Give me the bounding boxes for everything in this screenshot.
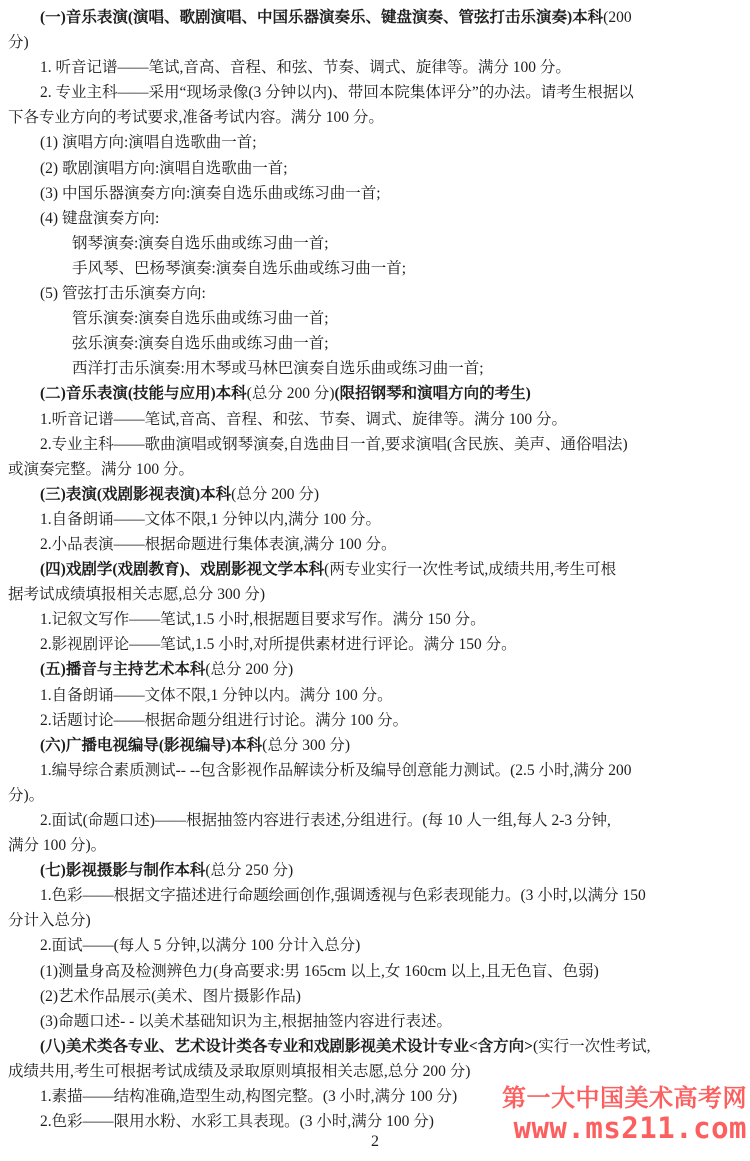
text-line: 2.专业主科——歌曲演唱或钢琴演奏,自选曲目一首,要求演唱(含民族、美声、通俗唱… — [0, 432, 750, 457]
text-line: 1.编导综合素质测试-- --包含影视作品解读分析及编导创意能力测试。(2.5 … — [0, 758, 750, 783]
text-line: 2.影视剧评论——笔试,1.5 小时,对所提供素材进行评论。满分 150 分。 — [0, 632, 750, 657]
heading-text: (六)广播电视编导(影视编导)本科 — [40, 737, 262, 754]
body-text: 1.自备朗诵——文体不限,1 分钟以内。满分 100 分。 — [40, 687, 393, 704]
body-text: (实行一次性考试, — [533, 1038, 651, 1055]
text-line: 分)。 — [0, 783, 750, 808]
body-text: 1.记叙文写作——笔试,1.5 小时,根据题目要求写作。满分 150 分。 — [40, 611, 486, 628]
text-line: 2. 专业主科——采用“现场录像(3 分钟以内)、带回本院集体评分”的办法。请考… — [0, 80, 750, 105]
text-line: 下各专业方向的考试要求,准备考试内容。满分 100 分。 — [0, 105, 750, 130]
body-text: 1.素描——结构准确,造型生动,构图完整。(3 小时,满分 100 分) — [40, 1088, 457, 1105]
text-line: 西洋打击乐演奏:用木琴或马林巴演奏自选乐曲或练习曲一首; — [0, 356, 750, 381]
body-text: 满分 100 分)。 — [8, 837, 106, 854]
heading-text: (三)表演(戏剧影视表演)本科 — [40, 486, 231, 503]
text-line: 1.色彩——根据文字描述进行命题绘画创作,强调透视与色彩表现能力。(3 小时,以… — [0, 883, 750, 908]
section-heading-line: (三)表演(戏剧影视表演)本科(总分 200 分) — [0, 482, 750, 507]
body-text: 2.影视剧评论——笔试,1.5 小时,对所提供素材进行评论。满分 150 分。 — [40, 636, 517, 653]
section-heading-line: (七)影视摄影与制作本科(总分 250 分) — [0, 858, 750, 883]
heading-text: (四)戏剧学(戏剧教育)、戏剧影视文学本科 — [40, 561, 324, 578]
body-text: (3) 中国乐器演奏方向:演奏自选乐曲或练习曲一首; — [40, 185, 381, 202]
body-text: (总分 200 分) — [247, 385, 335, 402]
text-line: (3)命题口述- - 以美术基础知识为主,根据抽签内容进行表述。 — [0, 1009, 750, 1034]
body-text: (总分 250 分) — [205, 862, 293, 879]
body-text: 西洋打击乐演奏:用木琴或马林巴演奏自选乐曲或练习曲一首; — [72, 360, 484, 377]
body-text: 手风琴、巴杨琴演奏:演奏自选乐曲或练习曲一首; — [72, 260, 406, 277]
body-text: 或演奏完整。满分 100 分。 — [8, 461, 194, 478]
body-text: 2.色彩——限用水粉、水彩工具表现。(3 小时,满分 100 分) — [40, 1113, 434, 1130]
body-text: 2.小品表演——根据命题进行集体表演,满分 100 分。 — [40, 536, 397, 553]
body-text: (总分 200 分) — [205, 661, 293, 678]
text-line: 1.自备朗诵——文体不限,1 分钟以内。满分 100 分。 — [0, 683, 750, 708]
body-text: (1)测量身高及检测辨色力(身高要求:男 165cm 以上,女 160cm 以上… — [40, 963, 599, 980]
text-line: 1. 听音记谱——笔试,音高、音程、和弦、节奏、调式、旋律等。满分 100 分。 — [0, 55, 750, 80]
section-heading-line: (四)戏剧学(戏剧教育)、戏剧影视文学本科(两专业实行一次性考试,成绩共用,考生… — [0, 557, 750, 582]
text-line: 成绩共用,考生可根据考试成绩及录取原则填报相关志愿,总分 200 分) — [0, 1059, 750, 1084]
watermark-site-name: 第一大中国美术高考网 — [502, 1086, 747, 1111]
text-line: 分计入总分) — [0, 908, 750, 933]
section-heading-line: (二)音乐表演(技能与应用)本科(总分 200 分)(限招钢琴和演唱方向的考生) — [0, 381, 750, 406]
body-text: 2.专业主科——歌曲演唱或钢琴演奏,自选曲目一首,要求演唱(含民族、美声、通俗唱… — [40, 436, 628, 453]
heading-text: (七)影视摄影与制作本科 — [40, 862, 205, 879]
text-line: (2)艺术作品展示(美术、图片摄影作品) — [0, 984, 750, 1009]
body-text: (5) 管弦打击乐演奏方向: — [40, 285, 206, 302]
text-line: 2.话题讨论——根据命题分组进行讨论。满分 100 分。 — [0, 708, 750, 733]
text-line: 满分 100 分)。 — [0, 833, 750, 858]
section-heading-line: (八)美术类各专业、艺术设计类各专业和戏剧影视美术设计专业<含方向>(实行一次性… — [0, 1034, 750, 1059]
watermark-site-url: www.ms211.com — [502, 1113, 747, 1143]
body-text: 成绩共用,考生可根据考试成绩及录取原则填报相关志愿,总分 200 分) — [8, 1063, 470, 1080]
body-text: 分计入总分) — [8, 912, 91, 929]
text-line: 或演奏完整。满分 100 分。 — [0, 457, 750, 482]
body-text: 2.面试(命题口述)——根据抽签内容进行表述,分组进行。(每 10 人一组,每人… — [40, 812, 611, 829]
heading-text: (限招钢琴和演唱方向的考生) — [334, 385, 530, 402]
heading-text: (二)音乐表演(技能与应用)本科 — [40, 385, 247, 402]
heading-text: (八)美术类各专业、艺术设计类各专业和戏剧影视美术设计专业<含方向> — [40, 1038, 533, 1055]
body-text: 弦乐演奏:演奏自选乐曲或练习曲一首; — [72, 335, 329, 352]
body-text: 2.面试——(每人 5 分钟,以满分 100 分计入总分) — [40, 937, 360, 954]
body-text: (4) 键盘演奏方向: — [40, 210, 159, 227]
text-line: 2.面试——(每人 5 分钟,以满分 100 分计入总分) — [0, 933, 750, 958]
body-text: (总分 300 分) — [262, 737, 350, 754]
body-text: (1) 演唱方向:演唱自选歌曲一首; — [40, 134, 257, 151]
text-line: 手风琴、巴杨琴演奏:演奏自选乐曲或练习曲一首; — [0, 256, 750, 281]
text-line: 管乐演奏:演奏自选乐曲或练习曲一首; — [0, 306, 750, 331]
text-line: 1.记叙文写作——笔试,1.5 小时,根据题目要求写作。满分 150 分。 — [0, 607, 750, 632]
body-text: 1.编导综合素质测试-- --包含影视作品解读分析及编导创意能力测试。(2.5 … — [40, 762, 632, 779]
body-text: 据考试成绩填报相关志愿,总分 300 分) — [8, 586, 265, 603]
text-line: 据考试成绩填报相关志愿,总分 300 分) — [0, 582, 750, 607]
heading-text: (一)音乐表演(演唱、歌剧演唱、中国乐器演奏乐、键盘演奏、管弦打击乐演奏)本科 — [40, 9, 603, 26]
section-heading-line: (五)播音与主持艺术本科(总分 200 分) — [0, 657, 750, 682]
body-text: 分) — [8, 34, 29, 51]
heading-text: (五)播音与主持艺术本科 — [40, 661, 205, 678]
watermark: 第一大中国美术高考网 www.ms211.com — [502, 1086, 747, 1144]
text-line: (1)测量身高及检测辨色力(身高要求:男 165cm 以上,女 160cm 以上… — [0, 959, 750, 984]
body-text: 分)。 — [8, 787, 44, 804]
text-line: 1.听音记谱——笔试,音高、音程、和弦、节奏、调式、旋律等。满分 100 分。 — [0, 407, 750, 432]
section-heading-line: (六)广播电视编导(影视编导)本科(总分 300 分) — [0, 733, 750, 758]
body-text: (2) 歌剧演唱方向:演唱自选歌曲一首; — [40, 160, 288, 177]
text-line: (3) 中国乐器演奏方向:演奏自选乐曲或练习曲一首; — [0, 181, 750, 206]
body-text: 下各专业方向的考试要求,准备考试内容。满分 100 分。 — [8, 109, 384, 126]
text-line: 弦乐演奏:演奏自选乐曲或练习曲一首; — [0, 331, 750, 356]
text-line: 钢琴演奏:演奏自选乐曲或练习曲一首; — [0, 231, 750, 256]
section-heading-line: (一)音乐表演(演唱、歌剧演唱、中国乐器演奏乐、键盘演奏、管弦打击乐演奏)本科(… — [0, 5, 750, 30]
body-text: 1.色彩——根据文字描述进行命题绘画创作,强调透视与色彩表现能力。(3 小时,以… — [40, 887, 646, 904]
text-line: (4) 键盘演奏方向: — [0, 206, 750, 231]
body-text: 管乐演奏:演奏自选乐曲或练习曲一首; — [72, 310, 329, 327]
text-line: 2.小品表演——根据命题进行集体表演,满分 100 分。 — [0, 532, 750, 557]
text-line: (1) 演唱方向:演唱自选歌曲一首; — [0, 130, 750, 155]
body-text: 1. 听音记谱——笔试,音高、音程、和弦、节奏、调式、旋律等。满分 100 分。 — [40, 59, 571, 76]
text-line: (5) 管弦打击乐演奏方向: — [0, 281, 750, 306]
text-line: 2.面试(命题口述)——根据抽签内容进行表述,分组进行。(每 10 人一组,每人… — [0, 808, 750, 833]
body-text: (2)艺术作品展示(美术、图片摄影作品) — [40, 988, 301, 1005]
body-text: 2.话题讨论——根据命题分组进行讨论。满分 100 分。 — [40, 712, 408, 729]
body-text: 1.自备朗诵——文体不限,1 分钟以内,满分 100 分。 — [40, 511, 381, 528]
body-text: (两专业实行一次性考试,成绩共用,考生可根 — [324, 561, 616, 578]
text-line: 1.自备朗诵——文体不限,1 分钟以内,满分 100 分。 — [0, 507, 750, 532]
body-text: 1.听音记谱——笔试,音高、音程、和弦、节奏、调式、旋律等。满分 100 分。 — [40, 411, 567, 428]
body-text: 钢琴演奏:演奏自选乐曲或练习曲一首; — [72, 235, 329, 252]
body-text: (总分 200 分) — [231, 486, 319, 503]
body-text: (200 — [603, 9, 631, 26]
text-line: 分) — [0, 30, 750, 55]
text-line: (2) 歌剧演唱方向:演唱自选歌曲一首; — [0, 156, 750, 181]
body-text: 2. 专业主科——采用“现场录像(3 分钟以内)、带回本院集体评分”的办法。请考… — [40, 84, 634, 101]
body-text: (3)命题口述- - 以美术基础知识为主,根据抽签内容进行表述。 — [40, 1013, 452, 1030]
document-body: (一)音乐表演(演唱、歌剧演唱、中国乐器演奏乐、键盘演奏、管弦打击乐演奏)本科(… — [0, 5, 750, 1134]
